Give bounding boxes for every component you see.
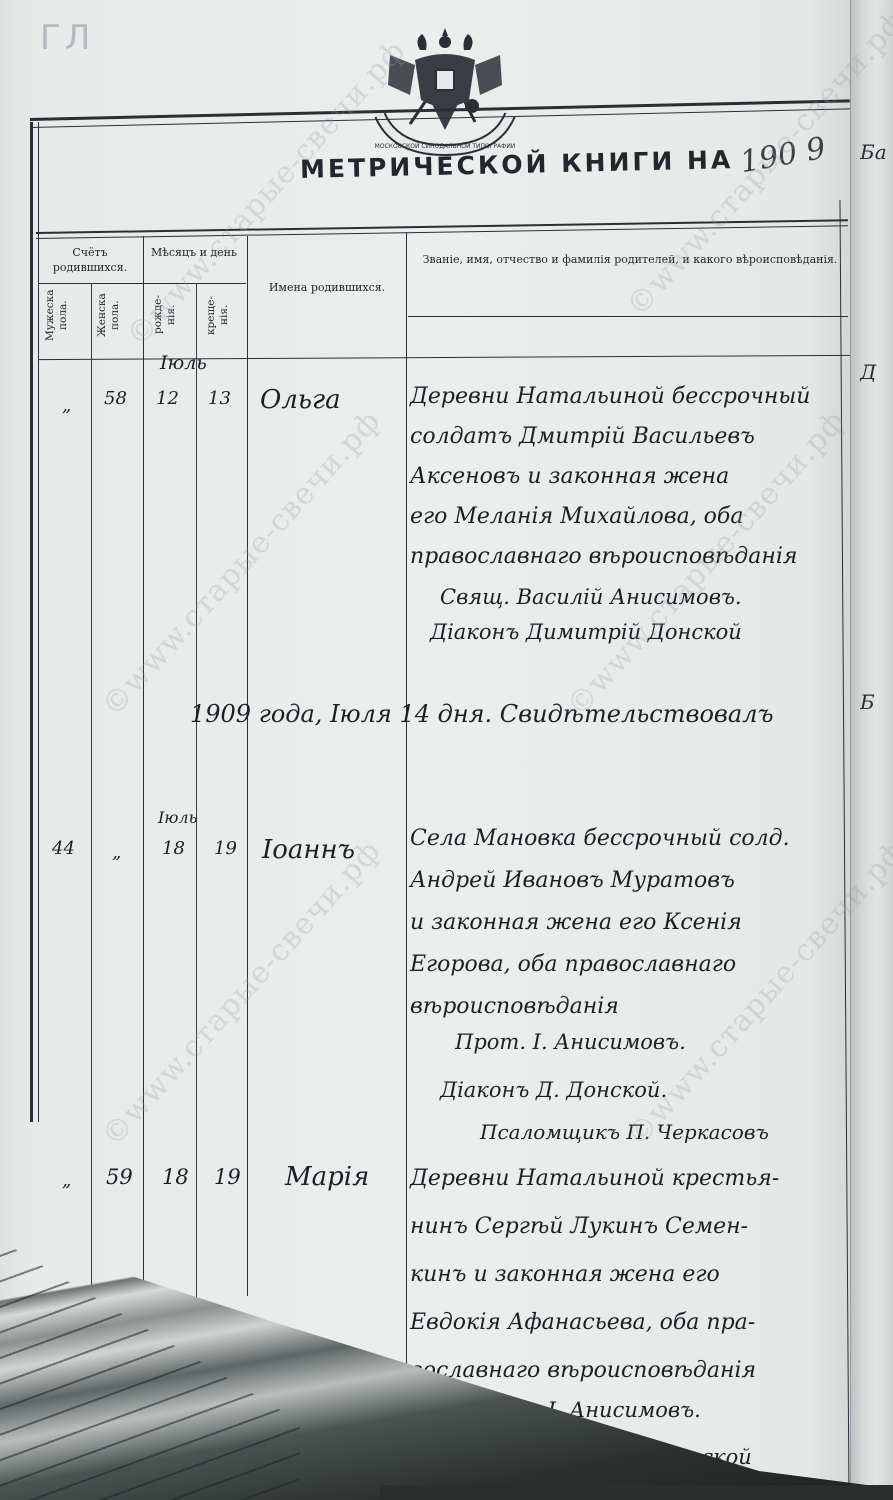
row-parents-line: Аксеновъ и законная жена [410,458,729,496]
row-month: Іюль [160,352,207,374]
column-divider [247,236,248,1296]
book-bottom-edge [380,1485,893,1500]
row-parents-line: Андрей Ивановъ Муратовъ [410,862,735,900]
header-parents: Званіе, имя, отчество и фамилія родителе… [410,250,850,270]
header-count-male: Мужеска пола. [44,285,80,345]
parents-header-rule [408,316,848,317]
row-parents-line: Егорова, оба православнаго [410,946,736,984]
column-divider [143,236,144,1296]
row-male-no: „ [62,1170,71,1191]
row-male-no: 44 [52,838,75,859]
row-signature: Прот. І. Анисимовъ. [455,1030,686,1054]
column-divider [406,232,407,1500]
frame-left-rule [30,122,39,1122]
row-child-name: Ольга [260,385,341,415]
header-subdivider [38,283,246,284]
row-parents-line: Деревни Натальиной бессрочный [410,378,810,416]
row-birth-day: 12 [156,388,179,409]
next-page-fragment: Д [860,360,893,384]
emblem-ribbon-text: МОСКОВСКОЙ СИНОДАЛЬНОЙ ТИПОГРАФИИ [375,143,516,150]
header-date-baptism: креще- нія. [205,285,241,345]
row-parents-line: нинъ Сергѣй Лукинъ Семен- [410,1208,748,1246]
row-parents-line: солдатъ Дмитрій Васильевъ [410,418,755,456]
row-female-no: 58 [104,388,127,409]
row-parents-line: Евдокія Афанасьева, оба пра- [410,1304,755,1342]
header-count-group: Счётъ родившихся. [40,245,140,275]
row-month: Іюль [158,808,197,827]
row-baptism-day: 13 [208,388,231,409]
row-baptism-day: 19 [214,838,237,859]
row-female-no: 59 [106,1165,133,1189]
row-parents-line: Деревни Натальиной крестья- [410,1160,779,1198]
row-male-no: „ [62,395,71,416]
header-names: Имена родившихся. [252,280,402,295]
adjacent-page-edge [850,0,893,1500]
row-birth-day: 18 [162,838,185,859]
row-female-no: „ [112,842,121,863]
row-parents-line: его Меланія Михайлова, оба [410,498,743,536]
row-child-name: Марія [285,1162,369,1192]
row-parents-line: вѣроисповѣданія [410,988,619,1026]
column-divider [91,283,92,1303]
next-page-fragment: Ба [860,140,893,164]
row-parents-line: и законная жена его Ксенія [410,904,742,942]
next-page-fragment: Б [860,690,893,714]
certification-note: 1909 года, Іюля 14 дня. Свидѣтельствовал… [190,700,773,728]
row-birth-day: 18 [162,1165,189,1189]
row-signature: Діаконъ Д. Донской. [440,1078,667,1102]
column-divider [196,283,197,1303]
row-parents-line: Села Мановка бессрочный солд. [410,820,790,858]
row-signature: Діаконъ Димитрій Донской [430,620,742,644]
pencil-mark: ГЛ [40,18,94,58]
row-baptism-day: 19 [214,1165,241,1189]
row-parents-line: кинъ и законная жена его [410,1256,720,1294]
